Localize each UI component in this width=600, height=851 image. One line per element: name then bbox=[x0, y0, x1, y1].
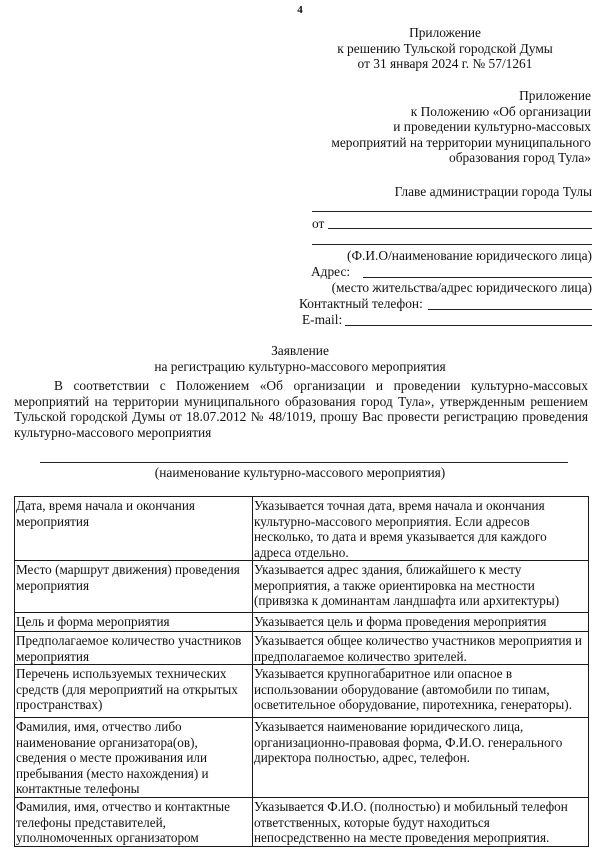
address-caption: (место жительства/адрес юридического лиц… bbox=[300, 280, 592, 296]
document-title: Заявление на регистрацию культурно-массо… bbox=[0, 343, 600, 374]
from-name-field-2[interactable] bbox=[312, 244, 592, 245]
field-label: Дата, время начала и окончания мероприят… bbox=[15, 497, 253, 561]
table-row: Фамилия, имя, отчество либо наименование… bbox=[15, 718, 589, 798]
name-caption: (Ф.И.О/наименование юридического лица) bbox=[300, 248, 592, 264]
page-number: 4 bbox=[0, 3, 600, 19]
appendix-regulation-header: Приложение к Положению «Об организации и… bbox=[300, 88, 591, 166]
table-row: Предполагаемое количество участников мер… bbox=[15, 632, 589, 665]
addressee-to: Главе администрации города Тулы bbox=[290, 184, 592, 200]
phone-field[interactable] bbox=[428, 309, 592, 310]
request-paragraph: В соответствии с Положением «Об организа… bbox=[14, 378, 588, 440]
field-label: Фамилия, имя, отчество и контактные теле… bbox=[15, 798, 253, 847]
field-instruction[interactable]: Указывается адрес здания, ближайшего к м… bbox=[253, 561, 589, 613]
email-field[interactable] bbox=[345, 325, 592, 326]
event-name-field[interactable] bbox=[40, 462, 568, 463]
field-instruction[interactable]: Указывается крупногабаритное или опасное… bbox=[253, 665, 589, 718]
field-instruction[interactable]: Указывается наименование юридического ли… bbox=[253, 718, 589, 798]
appendix-decision-ref: к решению Тульской городской Думы bbox=[330, 41, 560, 57]
from-name-field[interactable] bbox=[328, 228, 592, 229]
appendix-regulation-line: к Положению «Об организации bbox=[300, 104, 591, 120]
appendix-decision-date: от 31 января 2024 г. № 57/1261 bbox=[330, 56, 560, 72]
table-row: Перечень используемых технических средст… bbox=[15, 665, 589, 718]
address-field[interactable] bbox=[363, 277, 592, 278]
field-label: Место (маршрут движения) проведения меро… bbox=[15, 561, 253, 613]
appendix-decision-header: Приложение к решению Тульской городской … bbox=[330, 25, 560, 72]
address-label: Адрес: bbox=[311, 264, 350, 280]
event-details-table: Дата, время начала и окончания мероприят… bbox=[14, 496, 589, 847]
event-name-caption: (наименование культурно-массового меропр… bbox=[0, 465, 600, 481]
field-label: Фамилия, имя, отчество либо наименование… bbox=[15, 718, 253, 798]
field-label: Предполагаемое количество участников мер… bbox=[15, 632, 253, 665]
request-text: В соответствии с Положением «Об организа… bbox=[14, 378, 588, 440]
appendix-regulation-line: образования город Тула» bbox=[300, 150, 591, 166]
phone-label: Контактный телефон: bbox=[299, 296, 423, 312]
table-row: Место (маршрут движения) проведения меро… bbox=[15, 561, 589, 613]
field-instruction[interactable]: Указывается цель и форма проведения меро… bbox=[253, 613, 589, 632]
addressee-blank-line[interactable] bbox=[312, 211, 592, 212]
field-instruction[interactable]: Указывается общее количество участников … bbox=[253, 632, 589, 665]
title-main: Заявление bbox=[0, 343, 600, 359]
appendix-regulation-line: мероприятий на территории муниципального bbox=[300, 135, 591, 151]
appendix-title: Приложение bbox=[300, 88, 591, 104]
appendix-regulation-line: и проведении культурно-массовых bbox=[300, 119, 591, 135]
appendix-title: Приложение bbox=[330, 25, 560, 41]
field-instruction[interactable]: Указывается Ф.И.О. (полностью) и мобильн… bbox=[253, 798, 589, 847]
field-label: Цель и форма мероприятия bbox=[15, 613, 253, 632]
field-label: Перечень используемых технических средст… bbox=[15, 665, 253, 718]
from-label: от bbox=[312, 216, 324, 232]
table-row: Дата, время начала и окончания мероприят… bbox=[15, 497, 589, 561]
table-row: Цель и форма мероприятия Указывается цел… bbox=[15, 613, 589, 632]
email-label: E-mail: bbox=[302, 312, 342, 328]
title-subtitle: на регистрацию культурно-массового мероп… bbox=[0, 359, 600, 375]
table-row: Фамилия, имя, отчество и контактные теле… bbox=[15, 798, 589, 847]
field-instruction[interactable]: Указывается точная дата, время начала и … bbox=[253, 497, 589, 561]
